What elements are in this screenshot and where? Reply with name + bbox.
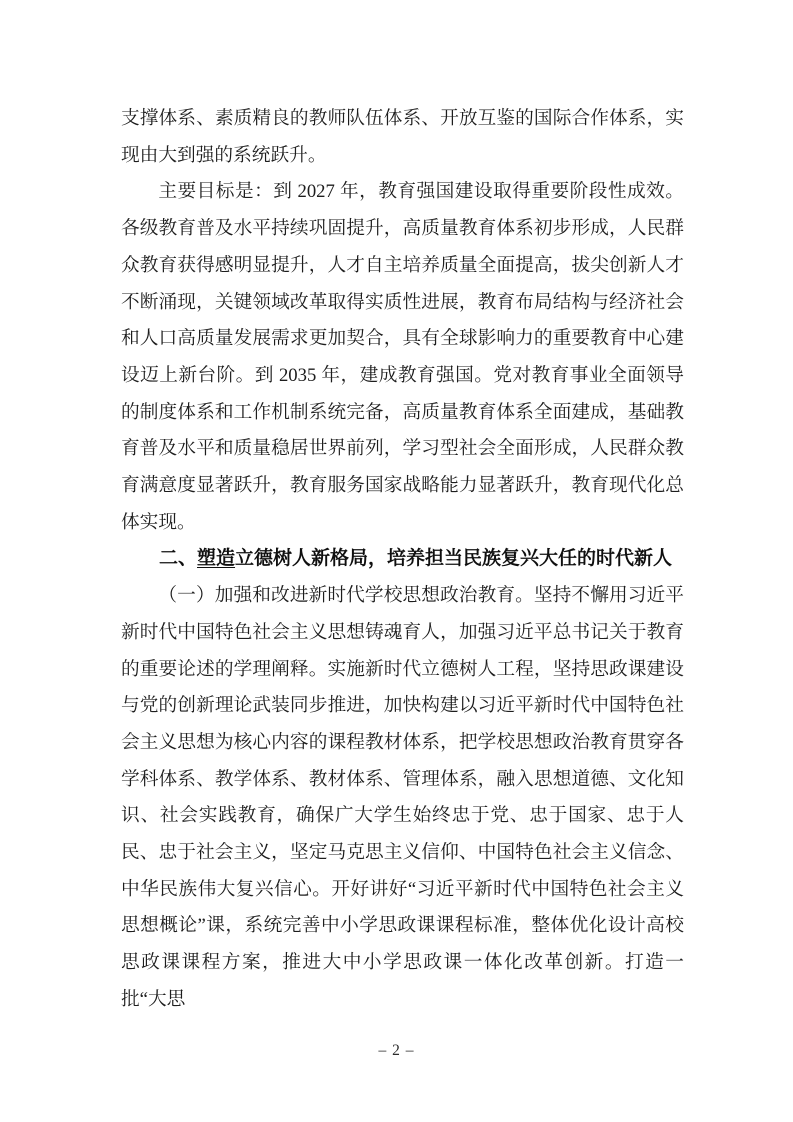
page-number: – 2 – bbox=[0, 1042, 793, 1060]
section-heading-prefix: 二、 bbox=[159, 548, 197, 569]
section-heading: 二、塑造立德树人新格局，培养担当民族复兴大任的时代新人 bbox=[121, 541, 684, 578]
paragraph-main-goals: 主要目标是：到 2027 年，教育强国建设取得重要阶段性成效。各级教育普及水平持… bbox=[121, 174, 684, 541]
document-content: 支撑体系、素质精良的教师队伍体系、开放互鉴的国际合作体系，实现由大到强的系统跃升… bbox=[121, 101, 684, 1019]
paragraph-continuation: 支撑体系、素质精良的教师队伍体系、开放互鉴的国际合作体系，实现由大到强的系统跃升… bbox=[121, 101, 684, 174]
document-page: 支撑体系、素质精良的教师队伍体系、开放互鉴的国际合作体系，实现由大到强的系统跃升… bbox=[0, 0, 793, 1122]
paragraph-section-one: （一）加强和改进新时代学校思想政治教育。坚持不懈用习近平新时代中国特色社会主义思… bbox=[121, 578, 684, 1018]
section-heading-rest: 立德树人新格局，培养担当民族复兴大任的时代新人 bbox=[235, 548, 672, 569]
section-heading-underlined-text: 塑造 bbox=[197, 548, 235, 569]
